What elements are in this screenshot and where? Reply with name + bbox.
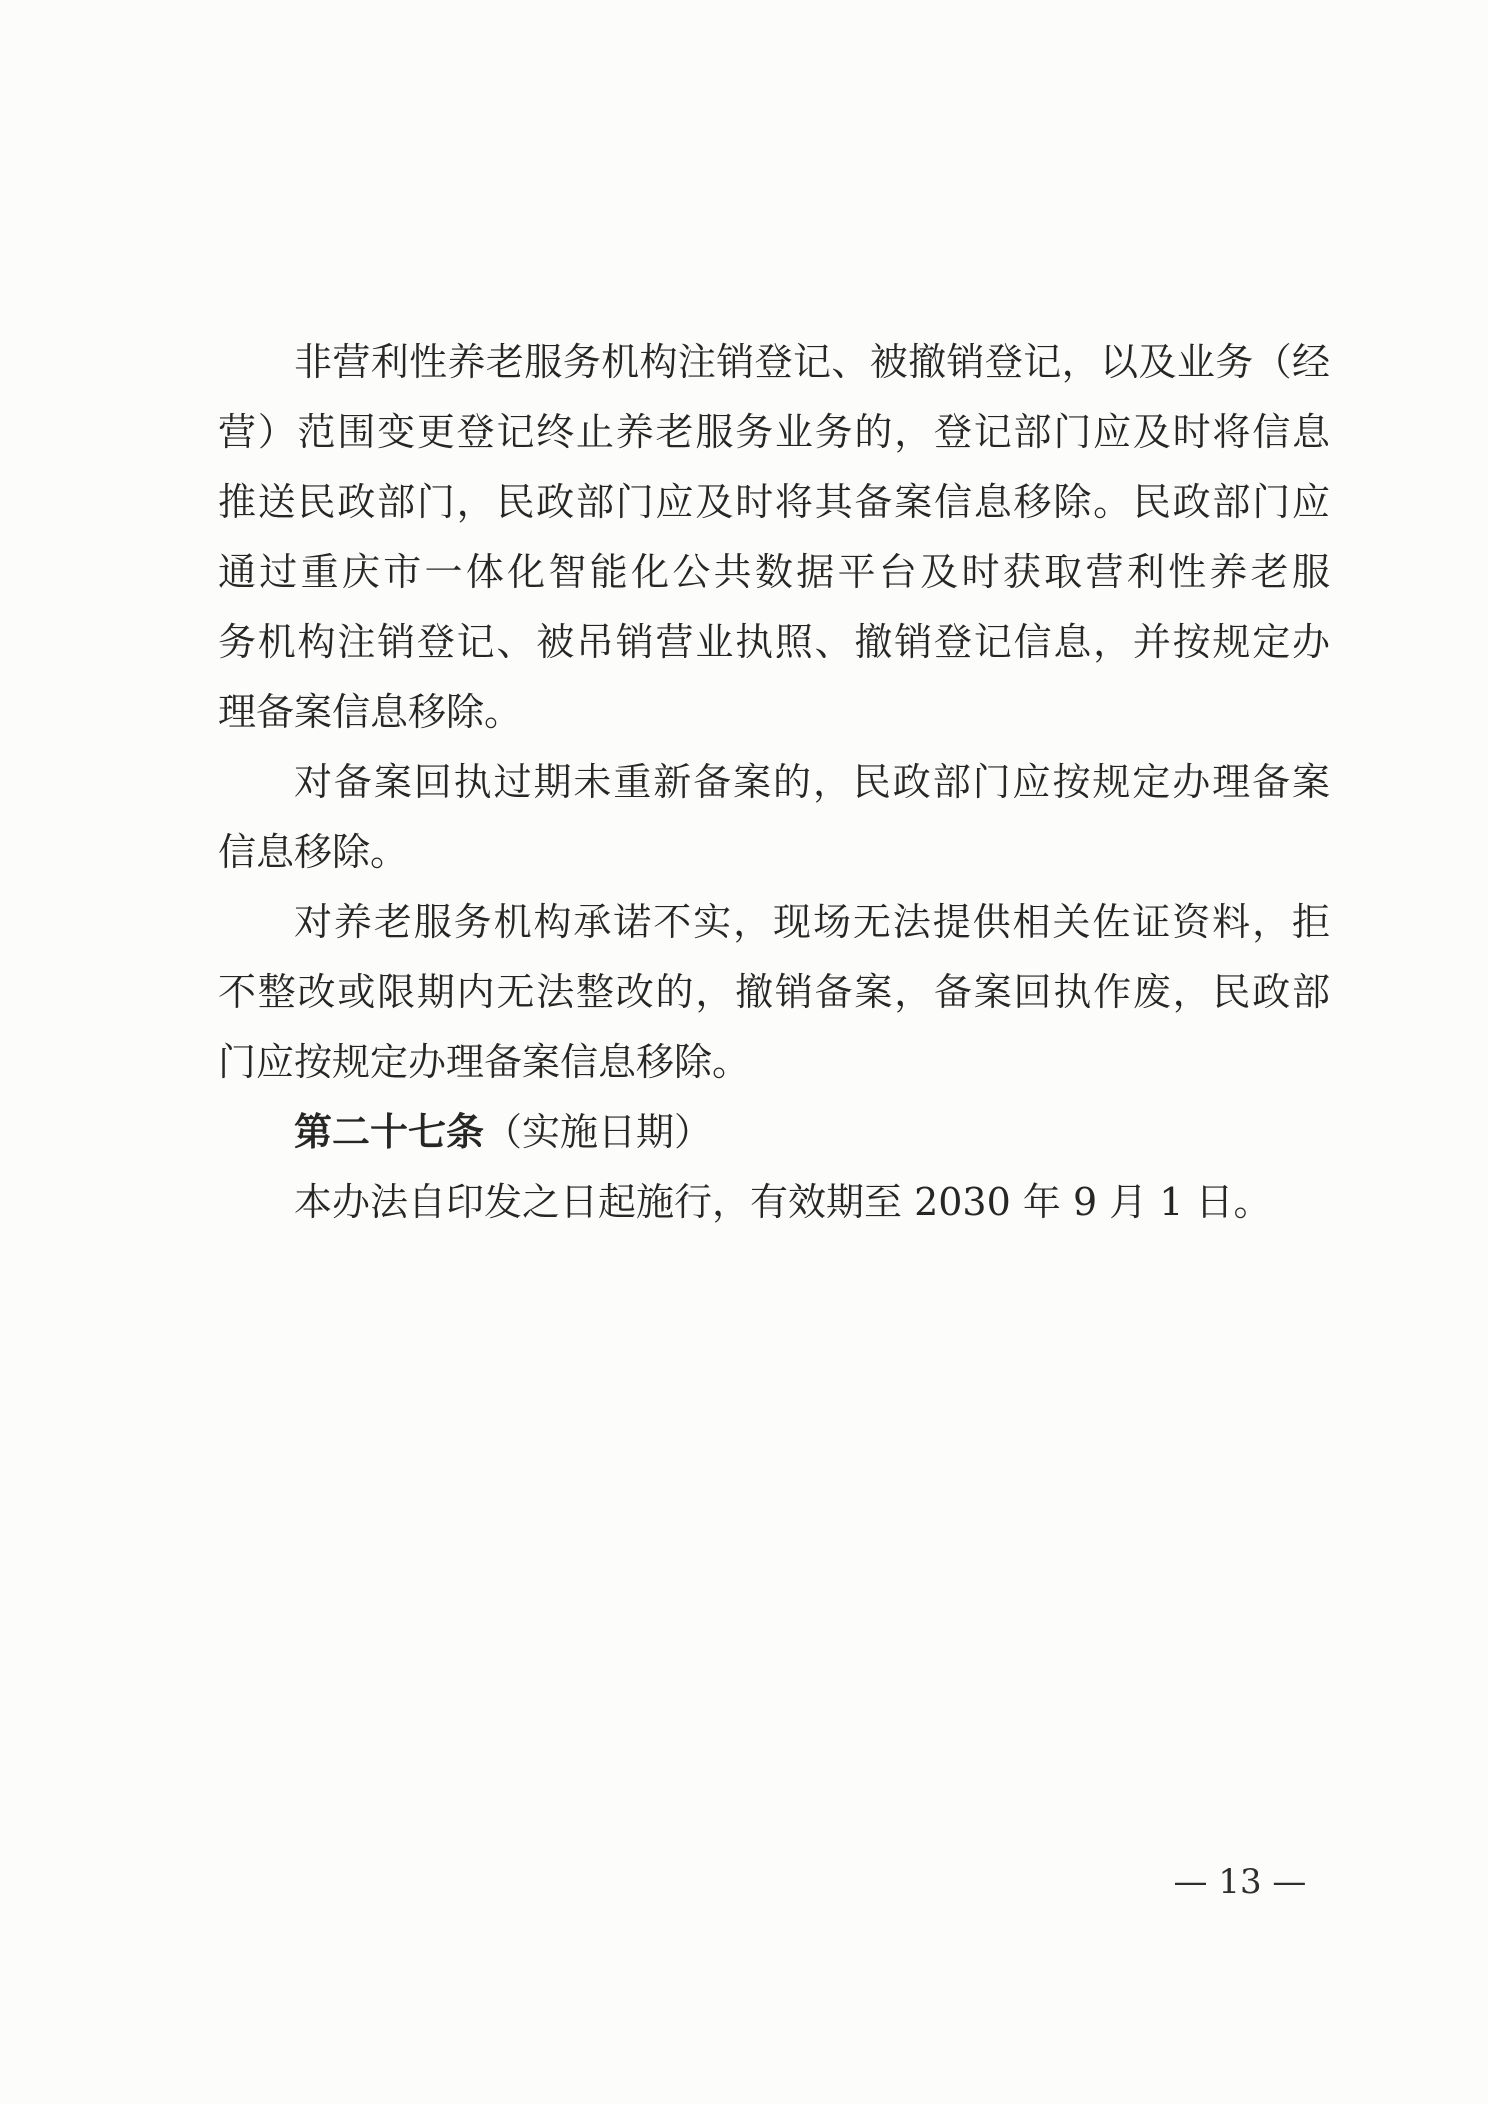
paragraph: 本办法自印发之日起施行，有效期至 2030 年 9 月 1 日。	[218, 1167, 1330, 1237]
text-segment: 门应按规定办理备案信息移除。	[218, 1040, 750, 1084]
text-block: 非营利性养老服务机构注销登记、被撤销登记，以及业务（经营）范围变更登记终止养老服…	[218, 327, 1330, 1237]
text-line: 通过重庆市一体化智能化公共数据平台及时获取营利性养老服	[218, 537, 1330, 607]
text-line: 对备案回执过期未重新备案的，民政部门应按规定办理备案	[218, 747, 1330, 817]
text-line: 营）范围变更登记终止养老服务业务的，登记部门应及时将信息	[218, 397, 1330, 467]
paragraph: 对养老服务机构承诺不实，现场无法提供相关佐证资料，拒不整改或限期内无法整改的，撤…	[218, 887, 1330, 1097]
text-line: 本办法自印发之日起施行，有效期至 2030 年 9 月 1 日。	[218, 1167, 1330, 1237]
text-line: 信息移除。	[218, 817, 1330, 887]
text-segment: 信息移除。	[218, 830, 408, 874]
text-segment: 不整改或限期内无法整改的，撤销备案，备案回执作废，民政部	[218, 970, 1330, 1014]
paragraph: 第二十七条（实施日期）	[218, 1097, 1330, 1167]
text-segment: 对备案回执过期未重新备案的，民政部门应按规定办理备案	[294, 760, 1330, 804]
text-line: 不整改或限期内无法整改的，撤销备案，备案回执作废，民政部	[218, 957, 1330, 1027]
clause-heading-bold: 第二十七条	[294, 1109, 484, 1154]
text-segment: 营）范围变更登记终止养老服务业务的，登记部门应及时将信息	[218, 410, 1330, 454]
document-page: 非营利性养老服务机构注销登记、被撤销登记，以及业务（经营）范围变更登记终止养老服…	[0, 0, 1488, 2104]
text-segment: （实施日期）	[484, 1110, 712, 1154]
paragraph: 对备案回执过期未重新备案的，民政部门应按规定办理备案信息移除。	[218, 747, 1330, 887]
text-line: 第二十七条（实施日期）	[218, 1097, 1330, 1167]
text-line: 对养老服务机构承诺不实，现场无法提供相关佐证资料，拒	[218, 887, 1330, 957]
text-line: 理备案信息移除。	[218, 677, 1330, 747]
paragraph: 非营利性养老服务机构注销登记、被撤销登记，以及业务（经营）范围变更登记终止养老服…	[218, 327, 1330, 747]
text-segment: 推送民政部门，民政部门应及时将其备案信息移除。民政部门应	[218, 480, 1330, 524]
page-number: — 13 —	[1150, 1862, 1330, 1902]
text-segment: 对养老服务机构承诺不实，现场无法提供相关佐证资料，拒	[294, 900, 1330, 944]
text-segment: 务机构注销登记、被吊销营业执照、撤销登记信息，并按规定办	[218, 620, 1330, 664]
text-segment: 非营利性养老服务机构注销登记、被撤销登记，以及业务（经	[294, 340, 1330, 384]
text-line: 非营利性养老服务机构注销登记、被撤销登记，以及业务（经	[218, 327, 1330, 397]
text-segment: 通过重庆市一体化智能化公共数据平台及时获取营利性养老服	[218, 550, 1330, 594]
text-segment: 本办法自印发之日起施行，有效期至 2030 年 9 月 1 日。	[294, 1180, 1272, 1224]
text-line: 门应按规定办理备案信息移除。	[218, 1027, 1330, 1097]
text-segment: 理备案信息移除。	[218, 690, 522, 734]
text-line: 推送民政部门，民政部门应及时将其备案信息移除。民政部门应	[218, 467, 1330, 537]
text-line: 务机构注销登记、被吊销营业执照、撤销登记信息，并按规定办	[218, 607, 1330, 677]
